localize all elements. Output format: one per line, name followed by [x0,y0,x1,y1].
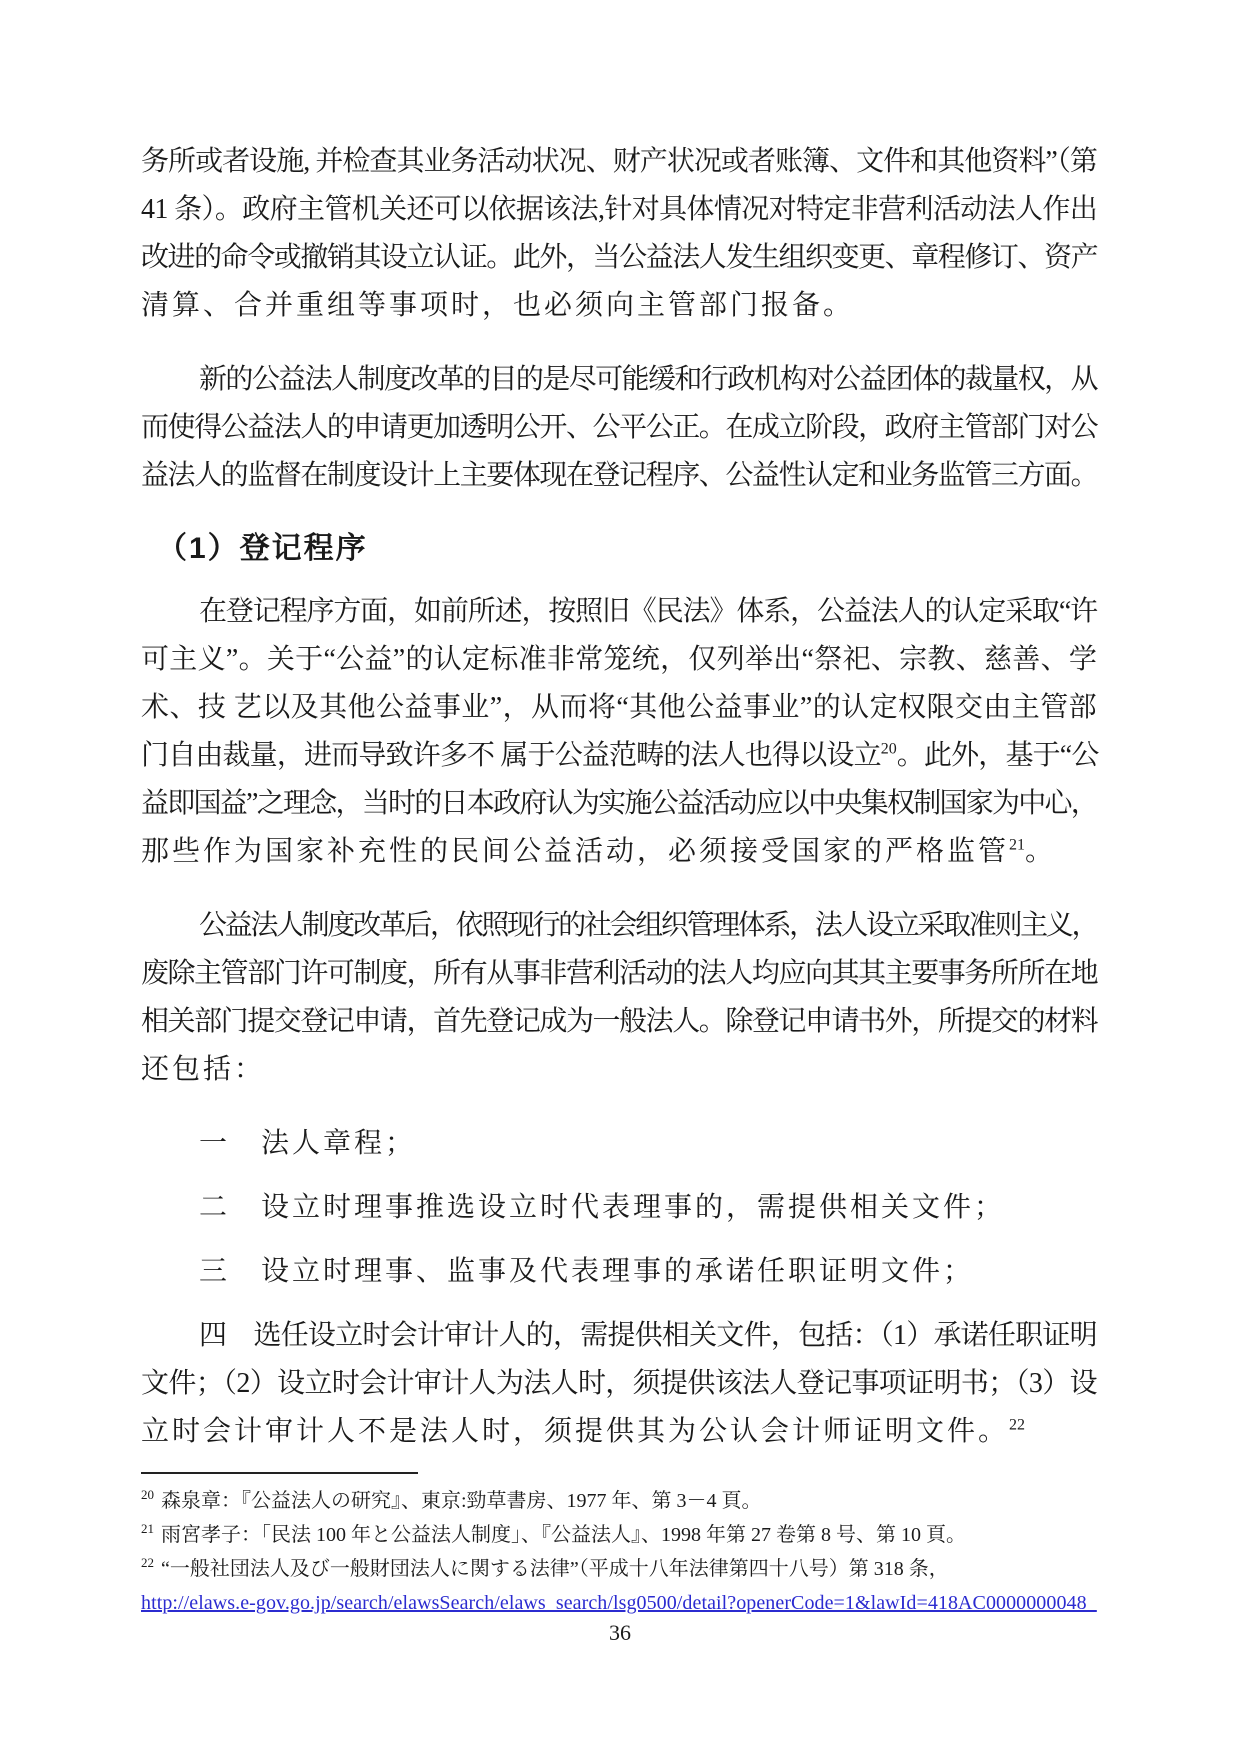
footnote-ref-21: 21 [1009,837,1025,854]
footnote-separator [141,1472,418,1474]
text-line: 门自由裁量，进而导致许多不 属于公益范畴的法人也得以设立20。此外，基于“公 [141,732,1097,780]
paragraph-after-reform: 公益法人制度改革后，依照现行的社会组织管理体系，法人设立采取准则主义，废除主管部… [141,902,1097,1094]
text-line: 三 设立时理事、监事及代表理事的承诺任职证明文件； [141,1248,1097,1296]
text-line: 公益法人制度改革后，依照现行的社会组织管理体系，法人设立采取准则主义， [141,902,1097,950]
text-column: 务所或者设施, 并检查其业务活动状况、财产状况或者账簿、文件和其他资料”（第41… [141,138,1097,1620]
text-line: 在登记程序方面，如前所述，按照旧《民法》体系，公益法人的认定采取“许 [141,588,1097,636]
text-line: 清算、合并重组等事项时，也必须向主管部门报备。 [141,282,1097,330]
footnote-20: 20森泉章：『公益法人の研究』、東京:勁草書房、1977 年、第 3－4 頁。 [141,1484,1097,1518]
heading-registration-procedure: （1）登记程序 [141,526,1097,572]
text-line: 相关部门提交登记申请，首先登记成为一般法人。除登记申请书外，所提交的材料 [141,998,1097,1046]
text-line: 一 法人章程； [141,1120,1097,1168]
text-line: 可主义”。关于“公益”的认定标准非常笼统，仅列举出“祭祀、宗教、慈善、学 [141,636,1097,684]
footnote-number: 21 [141,1521,154,1536]
text-line: 改进的命令或撤销其设立认证。此外，当公益法人发生组织变更、章程修订、资产 [141,234,1097,282]
paragraph-old-civil-code: 在登记程序方面，如前所述，按照旧《民法》体系，公益法人的认定采取“许可主义”。关… [141,588,1097,876]
text-line: 41 条）。政府主管机关还可以依据该法,针对具体情况对特定非营利活动法人作出 [141,186,1097,234]
page-number: 36 [0,1620,1240,1646]
footnote-link[interactable]: http://elaws.e-gov.go.jp/search/elawsSea… [141,1586,1097,1620]
text-line: 二 设立时理事推选设立时代表理事的，需提供相关文件； [141,1184,1097,1232]
document-page: 务所或者设施, 并检查其业务活动状况、财产状况或者账簿、文件和其他资料”（第41… [0,0,1240,1753]
footnote-21: 21雨宮孝子：「民法 100 年と公益法人制度」、『公益法人』、1998 年第 … [141,1518,1097,1552]
text-line: 废除主管部门许可制度，所有从事非营利活动的法人均应向其其主要事务所所在地 [141,950,1097,998]
section-heading: （1）登记程序 [141,526,1097,572]
text-line: 四 选任设立时会计审计人的，需提供相关文件，包括：（1）承诺任职证明 [141,1312,1097,1360]
footnote-number: 20 [141,1487,154,1502]
text-line: 立时会计审计人不是法人时，须提供其为公认会计师证明文件。22 [141,1408,1097,1456]
text-line: 务所或者设施, 并检查其业务活动状况、财产状况或者账簿、文件和其他资料”（第 [141,138,1097,186]
list-item-3: 三 设立时理事、监事及代表理事的承诺任职证明文件； [141,1248,1097,1296]
text-line: 那些作为国家补充性的民间公益活动，必须接受国家的严格监管21。 [141,828,1097,876]
text-line: 益法人的监督在制度设计上主要体现在登记程序、公益性认定和业务监管三方面。 [141,452,1097,500]
paragraph-inspection-powers: 务所或者设施, 并检查其业务活动状况、财产状况或者账簿、文件和其他资料”（第41… [141,138,1097,330]
text-line: 新的公益法人制度改革的目的是尽可能缓和行政机构对公益团体的裁量权，从 [141,356,1097,404]
text-line: 而使得公益法人的申请更加透明公开、公平公正。在成立阶段，政府主管部门对公 [141,404,1097,452]
text-line: 益即国益”之理念，当时的日本政府认为实施公益活动应以中央集权制国家为中心， [141,780,1097,828]
list-item-1: 一 法人章程； [141,1120,1097,1168]
list-item-4: 四 选任设立时会计审计人的，需提供相关文件，包括：（1）承诺任职证明文件；（2）… [141,1312,1097,1456]
text-line: 还包括： [141,1046,1097,1094]
text-line: 文件；（2）设立时会计审计人为法人时，须提供该法人登记事项证明书；（3）设 [141,1360,1097,1408]
text-line: 术、技 艺以及其他公益事业”，从而将“其他公益事业”的认定权限交由主管部 [141,684,1097,732]
footnote-number: 22 [141,1555,154,1570]
list-item-2: 二 设立时理事推选设立时代表理事的，需提供相关文件； [141,1184,1097,1232]
paragraph-reform-purpose: 新的公益法人制度改革的目的是尽可能缓和行政机构对公益团体的裁量权，从而使得公益法… [141,356,1097,500]
footnote-ref-22: 22 [1009,1417,1025,1434]
footnote-22: 22“一般社団法人及び一般財団法人に関する法律”（平成十八年法律第四十八号）第 … [141,1552,1097,1586]
footnotes: 20森泉章：『公益法人の研究』、東京:勁草書房、1977 年、第 3－4 頁。2… [141,1484,1097,1620]
footnote-ref-20: 20 [881,741,897,758]
body-paragraphs: 务所或者设施, 并检查其业务活动状况、财产状况或者账簿、文件和其他资料”（第41… [141,138,1097,1456]
